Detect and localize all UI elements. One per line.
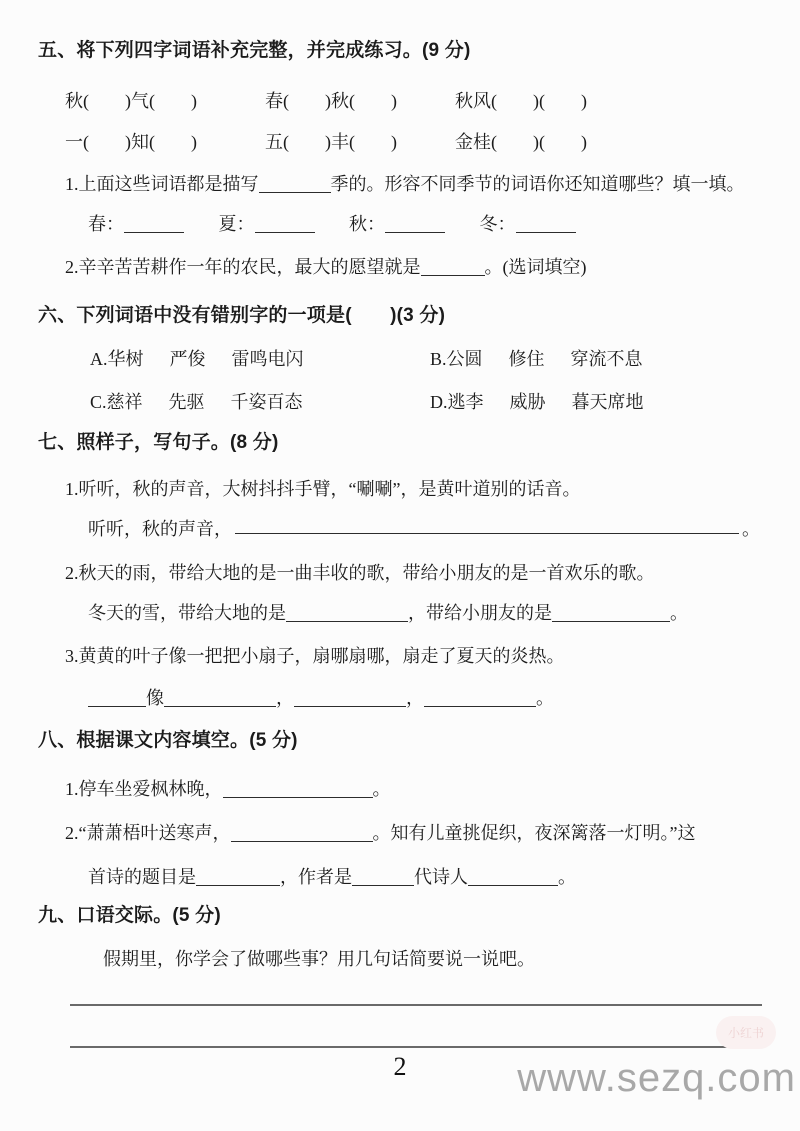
q7-item2-end: 。 (670, 603, 688, 623)
option-label: C. (90, 392, 107, 412)
word-fill-cell: 秋风( )( ) (455, 90, 587, 112)
q8-item2-end: 。 (558, 867, 576, 887)
q8-item2-line2: 首诗的题目是，作者是代诗人。 (88, 866, 760, 888)
answer-blank (552, 606, 670, 622)
options-row-cd: C.慈祥先驱千姿百态 D.逃李威胁暮天席地 (90, 391, 760, 413)
word-fill-cell: 春( )秋( ) (265, 90, 455, 112)
option-word: 暮天席地 (572, 392, 644, 412)
word-fill-cell: 一( )知( ) (65, 131, 265, 153)
option-label: A. (90, 349, 108, 369)
answer-blank (421, 260, 485, 276)
season-label: 夏： (219, 214, 255, 234)
option-word: 雷鸣电闪 (232, 349, 304, 369)
season-winter: 冬： (480, 214, 576, 234)
season-autumn: 秋： (349, 214, 445, 234)
answer-blank (124, 217, 184, 233)
q8-item1-end: 。 (373, 779, 391, 799)
answer-blank (255, 217, 315, 233)
option-word: 华树 (108, 349, 144, 369)
answer-blank (235, 518, 739, 534)
option-label: B. (430, 349, 447, 369)
answer-blank (286, 606, 408, 622)
option-word: 威胁 (510, 392, 546, 412)
answer-blank (259, 177, 331, 193)
option-a: A.华树严俊雷鸣电闪 (90, 348, 430, 370)
seasons-row: 春： 夏： 秋： 冬： (88, 213, 760, 235)
option-word: 先驱 (169, 392, 205, 412)
answer-blank (468, 870, 558, 886)
q7-item1-answer: 听听，秋的声音，。 (88, 518, 760, 540)
q8-item2-pre: 2.“萧萧梧叶送寒声， (65, 823, 231, 843)
q7-item2-pre: 冬天的雪，带给大地的是 (88, 603, 286, 623)
section9-heading: 九、口语交际。(5 分) (38, 905, 760, 927)
word-fill-row-2: 一( )知( ) 五( )丰( ) 金桂( )( ) (65, 131, 760, 153)
option-word: 逃李 (448, 392, 484, 412)
q7-item2-answer: 冬天的雪，带给大地的是，带给小朋友的是。 (88, 602, 760, 624)
word-fill-cell: 秋( )气( ) (65, 90, 265, 112)
q7-item2-example: 2.秋天的雨，带给大地的是一曲丰收的歌，带给小朋友的是一首欢乐的歌。 (65, 562, 760, 584)
section7-heading: 七、照样子，写句子。(8 分) (38, 432, 760, 454)
option-c: C.慈祥先驱千姿百态 (90, 391, 430, 413)
option-word: 修住 (509, 349, 545, 369)
answer-blank (385, 217, 445, 233)
q7-item3-example: 3.黄黄的叶子像一把把小扇子，扇哪扇哪，扇走了夏天的炎热。 (65, 645, 760, 667)
q7-item3-end: 。 (536, 688, 554, 708)
q8-item2-seg1: 首诗的题目是 (88, 867, 196, 887)
q7-item2-mid: ，带给小朋友的是 (408, 603, 552, 623)
options-row-ab: A.华树严俊雷鸣电闪 B.公圆修住穿流不息 (90, 348, 760, 370)
season-label: 秋： (349, 214, 385, 234)
q8-item2-seg2: ，作者是 (280, 867, 352, 887)
word-fill-cell: 五( )丰( ) (265, 131, 455, 153)
q5-item1-post: 季的。形容不同季节的词语你还知道哪些？填一填。 (331, 174, 745, 194)
option-d: D.逃李威胁暮天席地 (430, 391, 644, 413)
q9-prompt: 假期里，你学会了做哪些事？用几句话简要说一说吧。 (103, 948, 760, 970)
season-label: 春： (88, 214, 124, 234)
word-fill-cell: 金桂( )( ) (455, 131, 587, 153)
section5-heading: 五、将下列四字词语补充完整，并完成练习。(9 分) (38, 40, 760, 62)
option-word: 公圆 (447, 349, 483, 369)
q5-item2-post: 。(选词填空) (485, 257, 587, 277)
q5-item2-pre: 2.辛辛苦苦耕作一年的农民，最大的愿望就是 (65, 257, 421, 277)
site-watermark: www.sezq.com (517, 1056, 796, 1101)
answer-blank (164, 691, 276, 707)
season-label: 冬： (480, 214, 516, 234)
answer-blank (231, 826, 373, 842)
q8-item2-seg3: 代诗人 (414, 867, 468, 887)
answer-blank (223, 782, 373, 798)
q5-item1: 1.上面这些词语都是描写季的。形容不同季节的词语你还知道哪些？填一填。 (65, 173, 760, 195)
answer-blank (424, 691, 536, 707)
option-word: 严俊 (170, 349, 206, 369)
q5-item2: 2.辛辛苦苦耕作一年的农民，最大的愿望就是。(选词填空) (65, 256, 760, 278)
option-label: D. (430, 392, 448, 412)
xiaohongshu-watermark: 小红书 (716, 1016, 776, 1049)
season-summer: 夏： (219, 214, 315, 234)
q8-item1: 1.停车坐爱枫林晚，。 (65, 778, 760, 800)
word-fill-row-1: 秋( )气( ) 春( )秋( ) 秋风( )( ) (65, 90, 760, 112)
q7-item3-like: 像 (146, 688, 164, 708)
option-word: 慈祥 (107, 392, 143, 412)
q8-item2-line1: 2.“萧萧梧叶送寒声，。知有儿童挑促织，夜深篱落一灯明。”这 (65, 822, 760, 844)
answer-blank (88, 691, 146, 707)
q7-item1-pre: 听听，秋的声音， (88, 518, 232, 540)
season-spring: 春： (88, 214, 184, 234)
option-b: B.公圆修住穿流不息 (430, 348, 643, 370)
q5-item1-pre: 1.上面这些词语都是描写 (65, 174, 259, 194)
answer-blank (294, 691, 406, 707)
q7-item3-answer: 像，，。 (88, 687, 760, 709)
option-word: 千姿百态 (231, 392, 303, 412)
section6-heading: 六、下列词语中没有错别字的一项是( )(3 分) (38, 305, 760, 327)
answer-blank (352, 870, 414, 886)
q8-item2-post: 。知有儿童挑促织，夜深篱落一灯明。”这 (373, 823, 696, 843)
q7-item3-comma: ， (276, 688, 294, 708)
answer-line (70, 1046, 762, 1048)
q8-item1-pre: 1.停车坐爱枫林晚， (65, 779, 223, 799)
q7-item3-comma: ， (406, 688, 424, 708)
q7-item1-end: 。 (742, 518, 760, 540)
q7-item1-example: 1.听听，秋的声音，大树抖抖手臂，“唰唰”，是黄叶道别的话音。 (65, 478, 760, 500)
answer-blank (196, 870, 280, 886)
answer-line (70, 1004, 762, 1006)
worksheet-page: 五、将下列四字词语补充完整，并完成练习。(9 分) 秋( )气( ) 春( )秋… (0, 0, 800, 970)
section8-heading: 八、根据课文内容填空。(5 分) (38, 730, 760, 752)
option-word: 穿流不息 (571, 349, 643, 369)
answer-blank (516, 217, 576, 233)
